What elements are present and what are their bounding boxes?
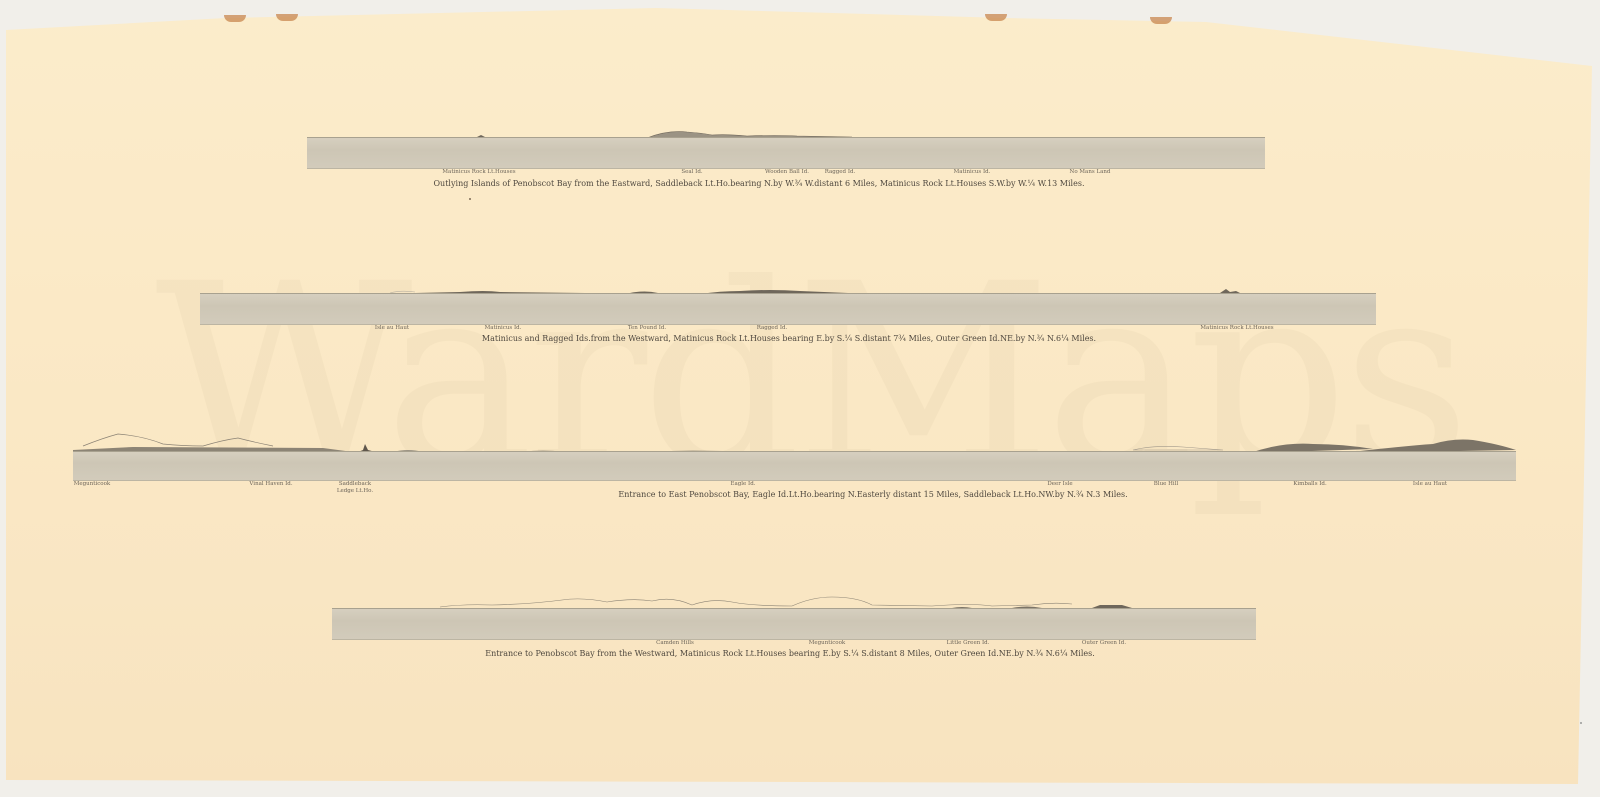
- profile-label: Ragged Id.: [757, 325, 788, 332]
- sea-band: [73, 451, 1516, 481]
- paper-stain: [1150, 17, 1172, 24]
- profile-label: Seal Id.: [681, 169, 702, 176]
- sea-band: [332, 608, 1256, 640]
- profile-matinicus-ragged: Isle au Haut Matinicus Id. Ten Pound Id.…: [200, 278, 1376, 348]
- profile-label: Isle au Haut: [1413, 481, 1447, 488]
- sea-band: [307, 137, 1265, 169]
- profile-label: Vinal Haven Id.: [249, 481, 292, 488]
- profile-caption: Matinicus and Ragged Ids.from the Westwa…: [482, 334, 1096, 343]
- sea-band: [200, 293, 1376, 325]
- profile-caption: Entrance to Penobscot Bay from the Westw…: [485, 649, 1095, 658]
- profile-label: No Mans Land: [1070, 169, 1111, 176]
- profile-penobscot-westward: Camden Hills Megunticook Little Green Id…: [332, 590, 1256, 670]
- profile-label: Matinicus Id.: [485, 325, 522, 332]
- profile-label: Eagle Id.: [730, 481, 755, 488]
- profile-caption: Outlying Islands of Penobscot Bay from t…: [434, 179, 1085, 188]
- profile-label: Isle au Haut: [375, 325, 409, 332]
- profile-label: Camden Hills: [656, 640, 694, 647]
- profile-label: Ragged Id.: [825, 169, 856, 176]
- profile-label: Deer Isle: [1047, 481, 1072, 488]
- profile-label: Wooden Ball Id.: [765, 169, 809, 176]
- profile-outlying-islands: Matinicus Rock Lt.Houses Seal Id. Wooden…: [307, 120, 1265, 200]
- profile-label: Kimballs Id.: [1293, 481, 1326, 488]
- profile-label: Blue Hill: [1154, 481, 1178, 488]
- coastline-silhouette: [332, 590, 1256, 610]
- profile-label: Matinicus Rock Lt.Houses: [442, 169, 515, 176]
- profile-east-penobscot: Megunticook Vinal Haven Id. Saddleback L…: [73, 428, 1516, 508]
- profile-label: Matinicus Rock Lt.Houses: [1200, 325, 1273, 332]
- profile-label: Saddleback Ledge Lt.Ho.: [330, 481, 380, 495]
- profile-label: Matinicus Id.: [954, 169, 991, 176]
- profile-label: Ten Pound Id.: [628, 325, 666, 332]
- profile-label: Megunticook: [809, 640, 846, 647]
- profile-caption: Entrance to East Penobscot Bay, Eagle Id…: [618, 490, 1127, 499]
- profile-label: Megunticook: [74, 481, 111, 488]
- profile-label: Outer Green Id.: [1082, 640, 1126, 647]
- stray-mark: [1580, 722, 1582, 724]
- paper-stain: [276, 14, 298, 21]
- paper-stain: [224, 15, 246, 22]
- profile-label: Little Green Id.: [947, 640, 990, 647]
- paper-stain: [985, 14, 1007, 21]
